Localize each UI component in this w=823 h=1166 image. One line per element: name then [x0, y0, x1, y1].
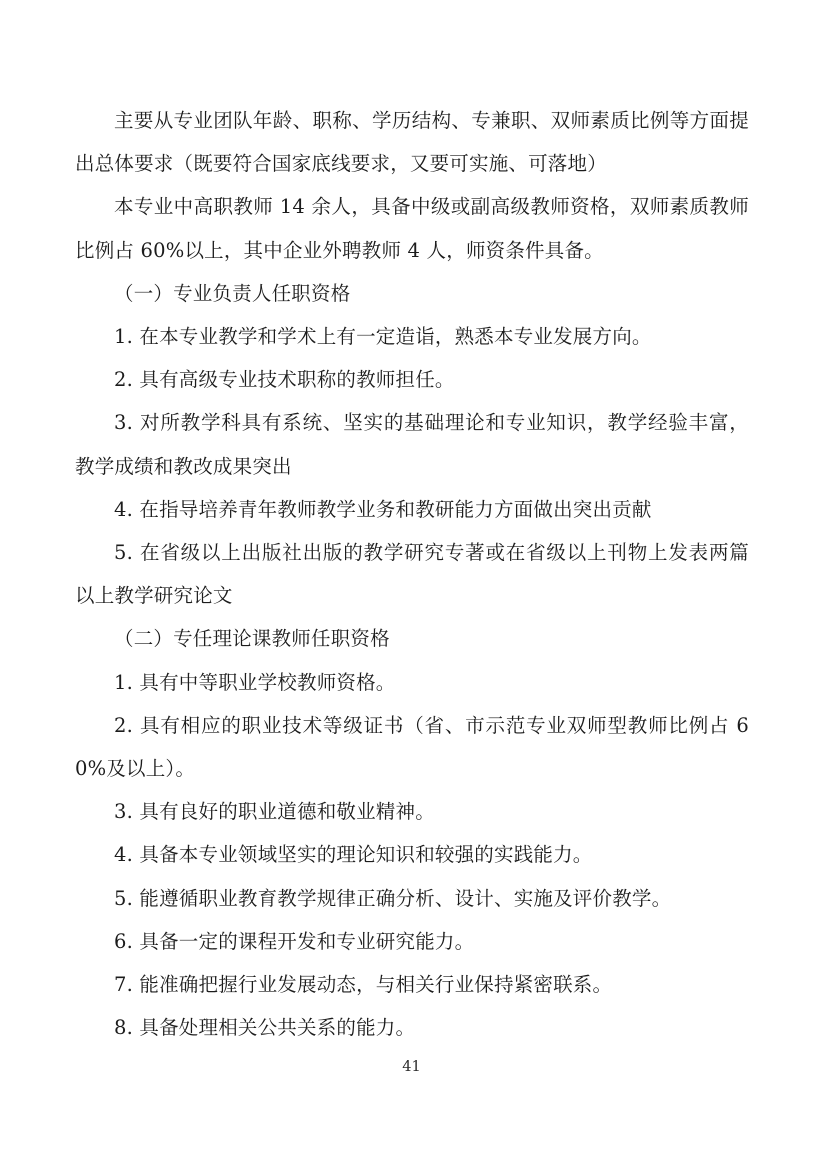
list-item: 3. 具有良好的职业道德和敬业精神。 — [75, 790, 749, 833]
page-number: 41 — [0, 1059, 823, 1075]
list-item: 3. 对所教学科具有系统、坚实的基础理论和专业知识，教学经验丰富，教学成绩和教改… — [75, 401, 749, 487]
list-item: 2. 具有相应的职业技术等级证书（省、市示范专业双师型教师比例占 60%及以上）… — [75, 704, 749, 790]
heading-section-2: （二）专任理论课教师任职资格 — [75, 617, 749, 660]
list-item: 5. 在省级以上出版社出版的教学研究专著或在省级以上刊物上发表两篇以上教学研究论… — [75, 531, 749, 617]
list-item: 4. 在指导培养青年教师教学业务和教研能力方面做出突出贡献 — [75, 488, 749, 531]
document-page: 主要从专业团队年龄、职称、学历结构、专兼职、双师素质比例等方面提出总体要求（既要… — [0, 0, 823, 1166]
heading-section-1: （一）专业负责人任职资格 — [75, 272, 749, 315]
paragraph-overall-requirements: 主要从专业团队年龄、职称、学历结构、专兼职、双师素质比例等方面提出总体要求（既要… — [75, 99, 749, 185]
list-item: 1. 具有中等职业学校教师资格。 — [75, 661, 749, 704]
list-item: 2. 具有高级专业技术职称的教师担任。 — [75, 358, 749, 401]
list-item: 7. 能准确把握行业发展动态，与相关行业保持紧密联系。 — [75, 963, 749, 1006]
list-item: 4. 具备本专业领域坚实的理论知识和较强的实践能力。 — [75, 833, 749, 876]
list-item: 6. 具备一定的课程开发和专业研究能力。 — [75, 920, 749, 963]
document-body: 主要从专业团队年龄、职称、学历结构、专兼职、双师素质比例等方面提出总体要求（既要… — [75, 99, 749, 1049]
paragraph-staff-overview: 本专业中高职教师 14 余人，具备中级或副高级教师资格，双师素质教师比例占 60… — [75, 185, 749, 271]
list-item: 1. 在本专业教学和学术上有一定造诣，熟悉本专业发展方向。 — [75, 315, 749, 358]
list-item: 5. 能遵循职业教育教学规律正确分析、设计、实施及评价教学。 — [75, 877, 749, 920]
list-item: 8. 具备处理相关公共关系的能力。 — [75, 1006, 749, 1049]
